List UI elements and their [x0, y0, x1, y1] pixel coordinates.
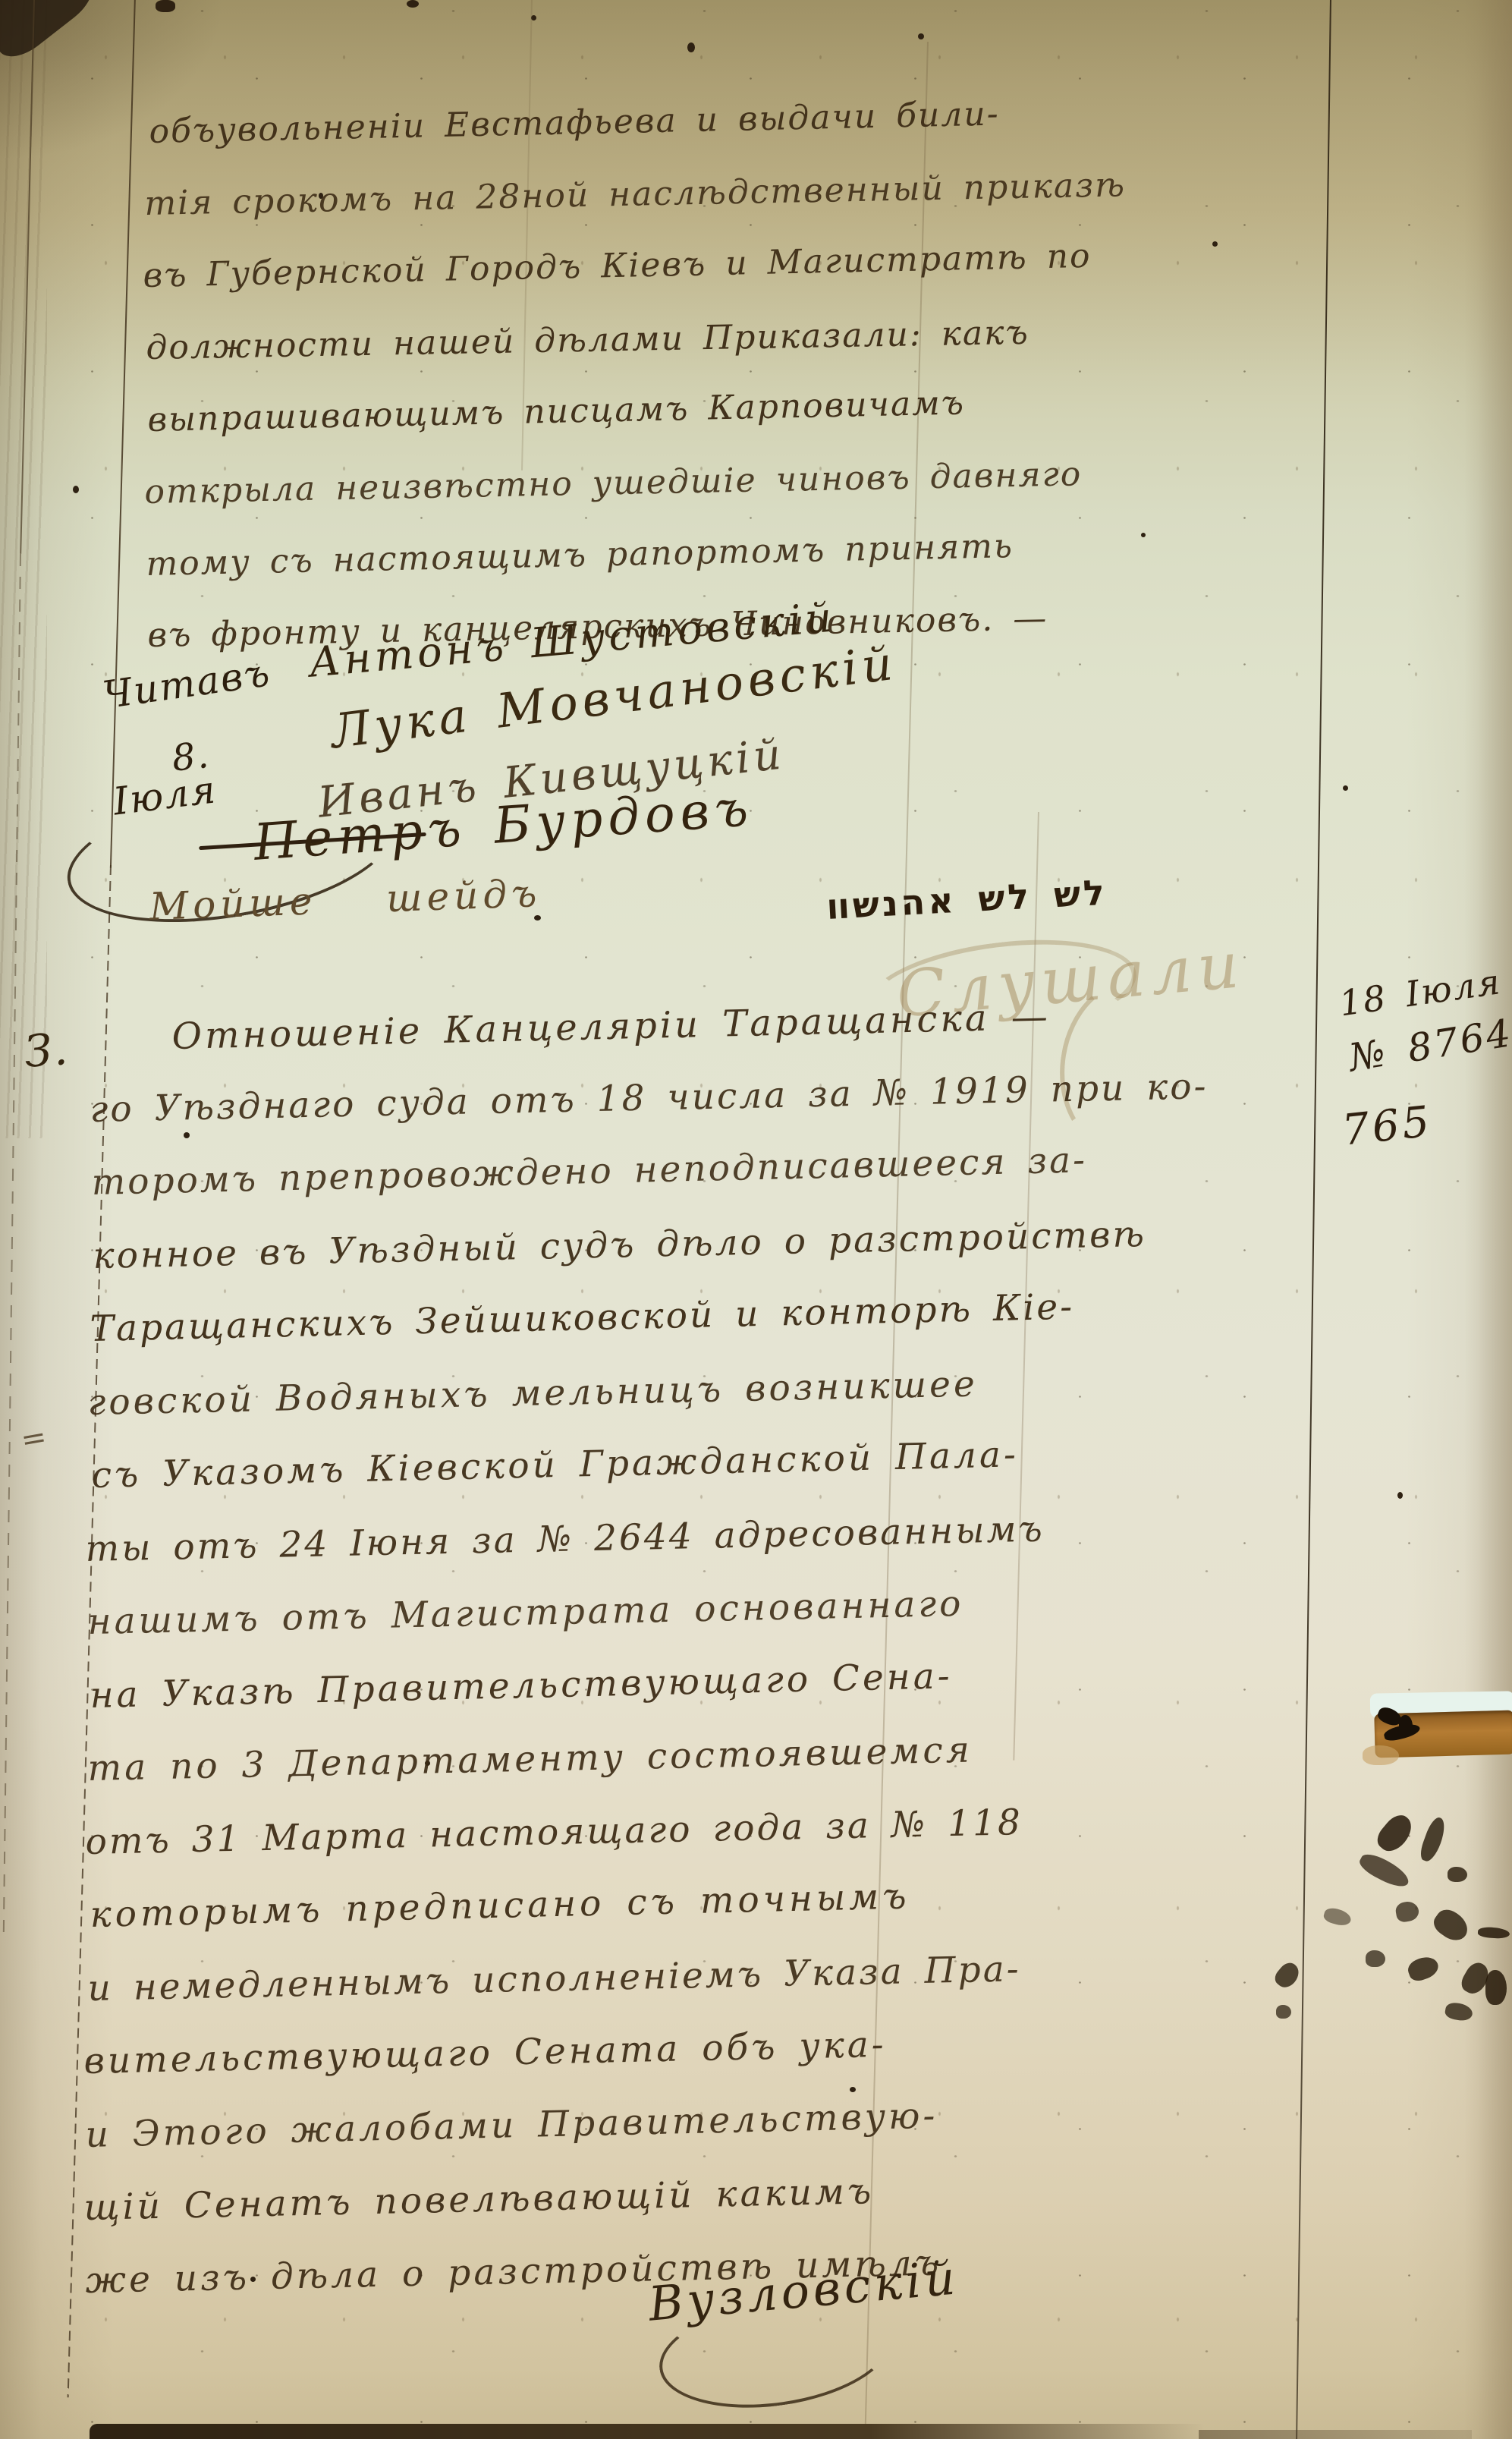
manuscript-line: которымъ предписано съ точнымъ — [90, 1875, 910, 1936]
manuscript-line: ты отъ 24 Іюня за № 2644 адресованнымъ — [85, 1509, 1045, 1570]
bottom-edge-band-faint — [1199, 2430, 1472, 2439]
manuscript-line: Отношеніе Канцеляріи Таращанска — — [171, 996, 1051, 1058]
ink-speck — [1397, 1492, 1403, 1499]
manuscript-line: выпрашивающимъ писцамъ Карповичамъ — [147, 383, 965, 439]
manuscript-line: щій Сенатъ повелѣвающій какимъ — [83, 2170, 875, 2229]
paper-smudge — [1363, 1745, 1399, 1765]
manuscript-line: тому съ настоящимъ рапортомъ принять — [146, 527, 1014, 584]
ink-smudge — [1417, 1815, 1448, 1864]
ink-speck — [918, 33, 924, 39]
manuscript-line: должности нашей дѣлами Приказали: какъ — [146, 313, 1029, 367]
manuscript-line: Таращанскихъ Зейшиковской и конторѣ Кіе- — [90, 1286, 1075, 1350]
manuscript-line: объувольненіи Евстафьева и выдачи били- — [149, 95, 1000, 151]
ink-speck — [407, 0, 419, 8]
gutter-streaks — [0, 0, 47, 1138]
ink-smudge — [1366, 1950, 1385, 1967]
ink-smudge — [1356, 1849, 1413, 1892]
item-number: З. — [23, 1023, 71, 1078]
manuscript-line: конное въ Уѣздный судъ дѣло о разстройст… — [93, 1213, 1146, 1277]
ink-speck — [534, 915, 541, 921]
manuscript-line: вительствующаго Сената объ ука- — [83, 2024, 887, 2082]
document-page: объувольненіи Евстафьева и выдачи били- … — [0, 0, 1512, 2439]
ink-smudge — [1272, 1959, 1303, 1992]
ink-smudge — [1372, 1810, 1417, 1857]
ink-smudge — [1394, 1900, 1420, 1924]
ink-speck — [184, 1132, 190, 1138]
ink-smudge — [1405, 1953, 1441, 1984]
ink-speck — [1343, 785, 1348, 791]
manuscript-line: торомъ препровождено неподписавшееся за- — [91, 1139, 1088, 1204]
manuscript-line: на Указѣ Правительствующаго Сена- — [90, 1655, 953, 1717]
manuscript-line: та по 3 Департаменту состоявшемся — [87, 1729, 973, 1789]
ink-speck — [850, 2087, 856, 2092]
right-edge-shadow — [1464, 0, 1512, 2439]
manuscript-line: и Этого жалобами Правительствую- — [85, 2095, 938, 2156]
ink-speck — [1212, 241, 1218, 247]
manuscript-line: тія срокомъ на 28ной наслѣдственный прик… — [144, 165, 1126, 223]
manuscript-line: открыла неизвѣстно ушедшіе чиновъ давняг… — [144, 455, 1083, 511]
ink-speck — [73, 486, 79, 493]
margin-rule-line — [110, 0, 136, 868]
margin-note-read: Читавъ — [100, 650, 273, 717]
manuscript-line: и немедленнымъ исполненіемъ Указа Пра- — [87, 1948, 1021, 2009]
manuscript-line: говской Водяныхъ мельницъ возникшее — [87, 1363, 978, 1424]
signature-hebrew: לש לש אהנשװ — [825, 872, 1108, 927]
ink-smudge — [1485, 1970, 1507, 2005]
manuscript-line: съ Указомъ Кіевской Гражданской Пала- — [91, 1434, 1019, 1496]
margin-mark: = — [18, 1419, 51, 1458]
manuscript-line: отъ 31 Марта настоящаго года за № 118 — [85, 1802, 1023, 1863]
ink-smudge — [1322, 1906, 1353, 1928]
thread-knot — [1399, 1715, 1413, 1736]
registry-number: 765 — [1340, 1097, 1435, 1156]
ink-speck — [156, 0, 175, 12]
ink-smudge — [1276, 2005, 1291, 2019]
manuscript-line: го Уѣзднаго суда отъ 18 числа за № 1919 … — [90, 1065, 1209, 1131]
manuscript-line: нашимъ отъ Магистрата основаннаго — [87, 1583, 964, 1643]
bottom-edge-band — [90, 2424, 1205, 2439]
manuscript-line: въ Губернской Городъ Кіевъ и Магистратѣ … — [143, 237, 1092, 295]
ink-smudge — [1448, 1867, 1467, 1882]
right-rule-line — [1296, 0, 1331, 2439]
ink-speck — [1141, 533, 1146, 537]
ink-speck — [687, 42, 695, 52]
